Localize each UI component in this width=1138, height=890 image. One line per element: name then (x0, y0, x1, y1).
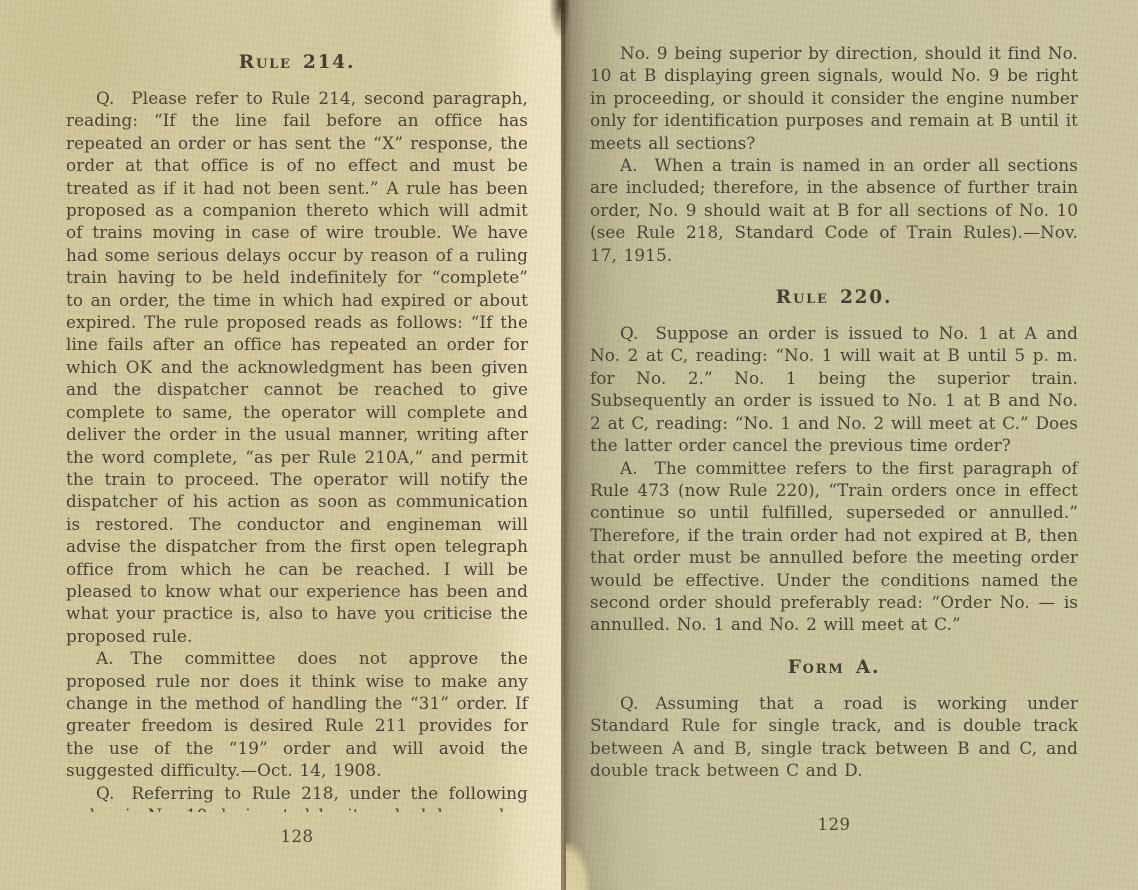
spine-top-notch (549, 0, 571, 40)
text-paragraph: Q. Referring to Rule 218, under the foll… (66, 782, 528, 812)
text-paragraph: Q. Please refer to Rule 214, second para… (66, 87, 528, 647)
section-heading: Rule 214. (66, 52, 528, 74)
section-heading: Form A. (590, 657, 1078, 679)
left-page-content: Rule 214.Q. Please refer to Rule 214, se… (0, 0, 564, 812)
page-corner-fold (566, 842, 590, 890)
page-number-right: 129 (590, 815, 1078, 834)
right-page: No. 9 being superior by direction, shoul… (564, 0, 1138, 890)
text-paragraph: Q. Assuming that a road is working under… (590, 692, 1078, 782)
left-page: Rule 214.Q. Please refer to Rule 214, se… (0, 0, 564, 890)
page-number-left: 128 (66, 827, 528, 846)
right-page-content: No. 9 being superior by direction, shoul… (564, 0, 1138, 812)
text-paragraph: No. 9 being superior by direction, shoul… (590, 42, 1078, 154)
text-paragraph: A. The committee does not approve the pr… (66, 647, 528, 781)
text-paragraph: A. The committee refers to the first par… (590, 457, 1078, 636)
book-spine (561, 0, 565, 890)
text-paragraph: Q. Suppose an order is issued to No. 1 a… (590, 322, 1078, 456)
section-heading: Rule 220. (590, 287, 1078, 309)
text-paragraph: A. When a train is named in an order all… (590, 154, 1078, 266)
book-spread: Rule 214.Q. Please refer to Rule 214, se… (0, 0, 1138, 890)
